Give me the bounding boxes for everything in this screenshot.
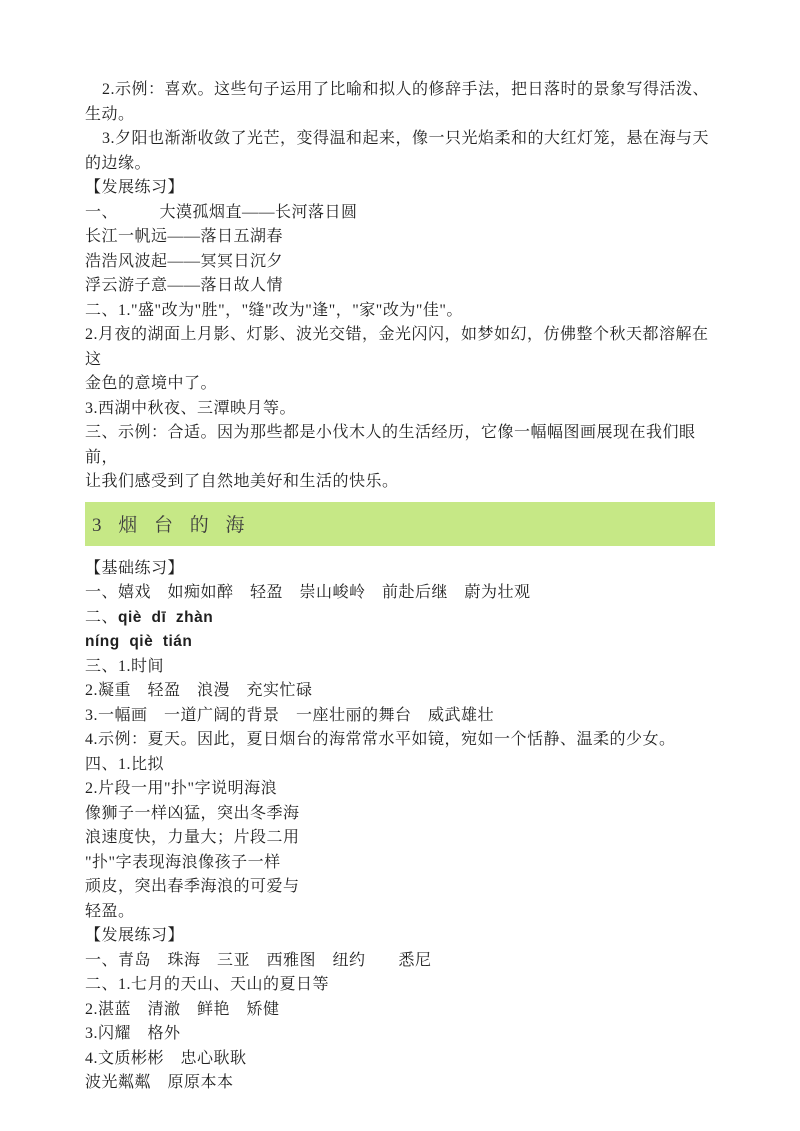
text-line: 3.一幅画 一道广阔的背景 一座壮丽的舞台 威武雄壮: [85, 704, 715, 729]
text-line: 金色的意境中了。: [85, 372, 715, 397]
text-line: 生动。: [85, 103, 715, 128]
lesson-title: 3 烟 台 的 海: [92, 510, 251, 537]
text-line: 2.月夜的湖面上月影、灯影、波光交错，金光闪闪，如梦如幻，仿佛整个秋天都溶解在这: [85, 323, 715, 372]
text-line: 二、1.七月的天山、天山的夏日等: [85, 973, 715, 998]
lesson-header-band: 3 烟 台 的 海: [85, 502, 715, 546]
text-line: 浮云游子意——落日故人情: [85, 274, 715, 299]
text-line: 浪速度快，力量大；片段二用: [85, 826, 715, 851]
pinyin-text: qiè dī zhàn: [118, 609, 213, 626]
section-heading-basic: 【基础练习】: [85, 557, 715, 582]
text-line: 让我们感受到了自然地美好和生活的快乐。: [85, 470, 715, 495]
text-line: 4.文质彬彬 忠心耿耿: [85, 1047, 715, 1072]
text-line: 浩浩风波起——冥冥日沉夕: [85, 250, 715, 275]
text-line: 四、1.比拟: [85, 753, 715, 778]
text-line: 二、qiè dī zhàn: [85, 606, 715, 631]
document-page: 2.示例：喜欢。这些句子运用了比喻和拟人的修辞手法，把日落时的景象写得活泼、 生…: [0, 0, 800, 1131]
text-line: 2.凝重 轻盈 浪漫 充实忙碌: [85, 679, 715, 704]
text-line: 二、1."盛"改为"胜"，"缝"改为"逢"，"家"改为"佳"。: [85, 299, 715, 324]
text-line: 2.片段一用"扑"字说明海浪: [85, 777, 715, 802]
pinyin-text: níng qiè tián: [85, 633, 192, 650]
text-line: 2.示例：喜欢。这些句子运用了比喻和拟人的修辞手法，把日落时的景象写得活泼、: [85, 78, 715, 103]
section-heading-development: 【发展练习】: [85, 176, 715, 201]
text-line: 3.夕阳也渐渐收敛了光芒，变得温和起来，像一只光焰柔和的大红灯笼，悬在海与天: [85, 127, 715, 152]
text-line: 4.示例：夏天。因此，夏日烟台的海常常水平如镜，宛如一个恬静、温柔的少女。: [85, 728, 715, 753]
line-prefix: 二、: [85, 609, 118, 626]
text-line: 长江一帆远——落日五湖春: [85, 225, 715, 250]
text-line: 像狮子一样凶猛，突出冬季海: [85, 802, 715, 827]
text-line: 一、青岛 珠海 三亚 西雅图 纽约 悉尼: [85, 949, 715, 974]
text-line: 三、1.时间: [85, 655, 715, 680]
text-line: "扑"字表现海浪像孩子一样: [85, 851, 715, 876]
text-line: 3.闪耀 格外: [85, 1022, 715, 1047]
text-line: 3.西湖中秋夜、三潭映月等。: [85, 397, 715, 422]
text-line: 一、 大漠孤烟直——长河落日圆: [85, 201, 715, 226]
text-line: 一、嬉戏 如痴如醉 轻盈 崇山峻岭 前赴后继 蔚为壮观: [85, 581, 715, 606]
text-line: 2.湛蓝 清澈 鲜艳 矫健: [85, 998, 715, 1023]
section-heading-development: 【发展练习】: [85, 924, 715, 949]
text-line: 顽皮，突出春季海浪的可爱与: [85, 875, 715, 900]
text-line: 三、示例：合适。因为那些都是小伐木人的生活经历，它像一幅幅图画展现在我们眼前，: [85, 421, 715, 470]
text-line: 轻盈。: [85, 900, 715, 925]
text-line: 波光粼粼 原原本本: [85, 1071, 715, 1096]
text-line: 的边缘。: [85, 152, 715, 177]
text-line: níng qiè tián: [85, 630, 715, 655]
